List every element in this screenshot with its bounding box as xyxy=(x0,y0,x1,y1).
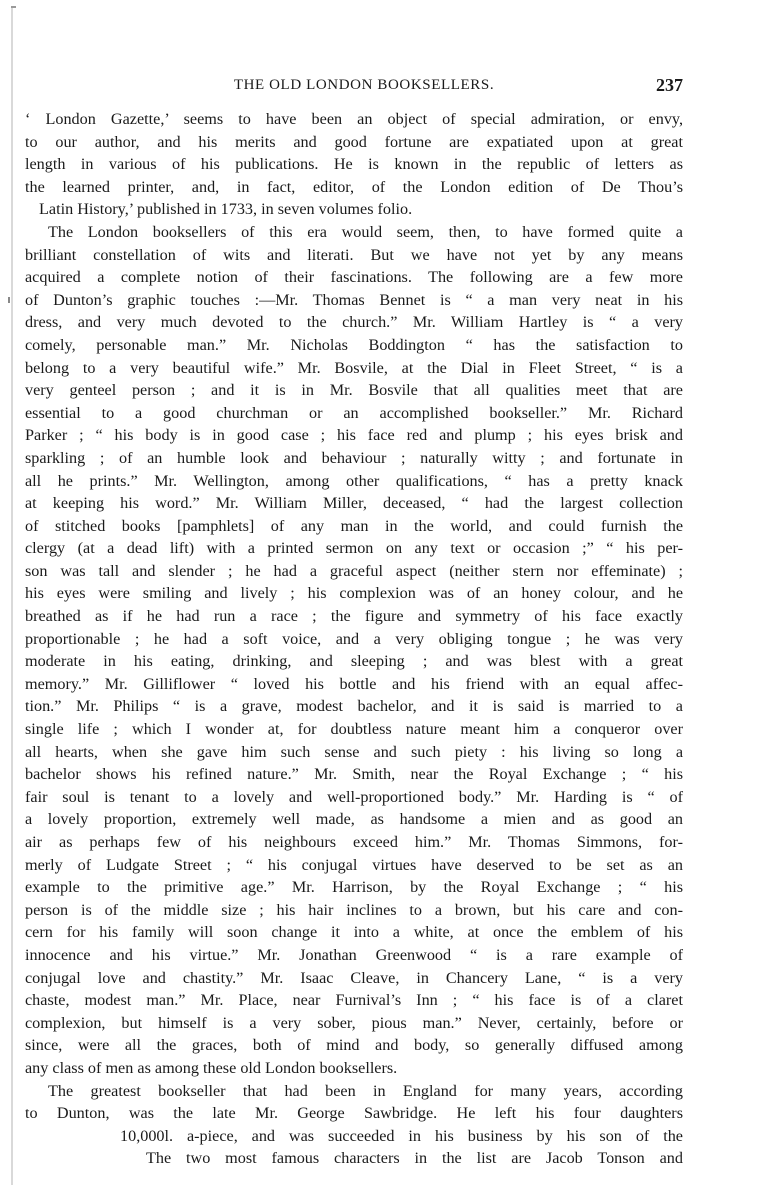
text-line: essential to a good churchman or an acco… xyxy=(25,402,683,425)
text-line: The greatest bookseller that had been in… xyxy=(25,1080,683,1103)
text-line: any class of men as among these old Lond… xyxy=(25,1057,683,1080)
text-line: complexion, but himself is a very sober,… xyxy=(25,1012,683,1035)
text-line: brilliant constellation of wits and lite… xyxy=(25,244,683,267)
running-title: THE OLD LONDON BOOKSELLERS. xyxy=(25,77,683,94)
margin-speck xyxy=(8,297,10,303)
text-line: at keeping his word.” Mr. William Miller… xyxy=(25,492,683,515)
text-line: example to the primitive age.” Mr. Harri… xyxy=(25,876,683,899)
text-line: of stitched books [pamphlets] of any man… xyxy=(25,515,683,538)
text-line: a lovely proportion, extremely well made… xyxy=(25,808,683,831)
text-line: moderate in his eating, drinking, and sl… xyxy=(25,650,683,673)
text-line: Latin History,’ published in 1733, in se… xyxy=(25,198,683,221)
text-line: person is of the middle size ; his hair … xyxy=(25,899,683,922)
paragraph-1: ‘ London Gazette,’ seems to have been an… xyxy=(25,108,683,221)
text-line: chaste, modest man.” Mr. Place, near Fur… xyxy=(25,989,683,1012)
text-line: his eyes were smiling and lively ; his c… xyxy=(25,582,683,605)
text-line: all he prints.” Mr. Wellington, among ot… xyxy=(25,470,683,493)
text-line: length in various of his publications. H… xyxy=(25,153,683,176)
text-line: dress, and very much devoted to the chur… xyxy=(25,311,683,334)
text-line: to Dunton, was the late Mr. George Sawbr… xyxy=(25,1102,683,1125)
text-line: clergy (at a dead lift) with a printed s… xyxy=(25,537,683,560)
page-edge-rule xyxy=(11,6,13,1185)
text-line: single life ; which I wonder at, for dou… xyxy=(25,718,683,741)
text-line: proportionable ; he had a soft voice, an… xyxy=(25,628,683,651)
page-edge-corner-mark xyxy=(11,6,16,8)
running-head: THE OLD LONDON BOOKSELLERS. 237 xyxy=(25,75,683,97)
text-line: to our author, and his merits and good f… xyxy=(25,131,683,154)
text-line: son was tall and slender ; he had a grac… xyxy=(25,560,683,583)
text-line: all hearts, when she gave him such sense… xyxy=(25,741,683,764)
text-line: Parker ; “ his body is in good case ; hi… xyxy=(25,424,683,447)
text-line: merly of Ludgate Street ; “ his conjugal… xyxy=(25,854,683,877)
text-line: breathed as if he had run a race ; the f… xyxy=(25,605,683,628)
text-line: ‘ London Gazette,’ seems to have been an… xyxy=(25,108,683,131)
text-line: The London booksellers of this era would… xyxy=(25,221,683,244)
page-number: 237 xyxy=(656,75,683,96)
text-line: conjugal love and chastity.” Mr. Isaac C… xyxy=(25,967,683,990)
text-line: bachelor shows his refined nature.” Mr. … xyxy=(25,763,683,786)
text-line: innocence and his virtue.” Mr. Jonathan … xyxy=(25,944,683,967)
text-line: tion.” Mr. Philips “ is a grave, modest … xyxy=(25,695,683,718)
text-line: very genteel person ; and it is in Mr. B… xyxy=(25,379,683,402)
text-line: of Dunton’s graphic touches :—Mr. Thomas… xyxy=(25,289,683,312)
text-line: the learned printer, and, in fact, edito… xyxy=(25,176,683,199)
text-line: belong to a very beautiful wife.” Mr. Bo… xyxy=(25,357,683,380)
text-line: comely, personable man.” Mr. Nicholas Bo… xyxy=(25,334,683,357)
text-line: air as perhaps few of his neighbours exc… xyxy=(25,831,683,854)
text-line: acquired a complete notion of their fasc… xyxy=(25,266,683,289)
paragraph-3: The greatest bookseller that had been in… xyxy=(25,1080,683,1170)
paragraph-2: The London booksellers of this era would… xyxy=(25,221,683,1080)
text-line: memory.” Mr. Gilliflower “ loved his bot… xyxy=(25,673,683,696)
text-line: sparkling ; of an humble look and behavi… xyxy=(25,447,683,470)
text-line: fair soul is tenant to a lovely and well… xyxy=(25,786,683,809)
text-line: cern for his family will soon change it … xyxy=(25,921,683,944)
page-body: ‘ London Gazette,’ seems to have been an… xyxy=(25,108,683,1170)
text-line: The two most famous characters in the li… xyxy=(25,1147,683,1170)
text-line: since, were all the graces, both of mind… xyxy=(25,1034,683,1057)
text-line: 10,000l. a-piece, and was succeeded in h… xyxy=(25,1125,683,1148)
